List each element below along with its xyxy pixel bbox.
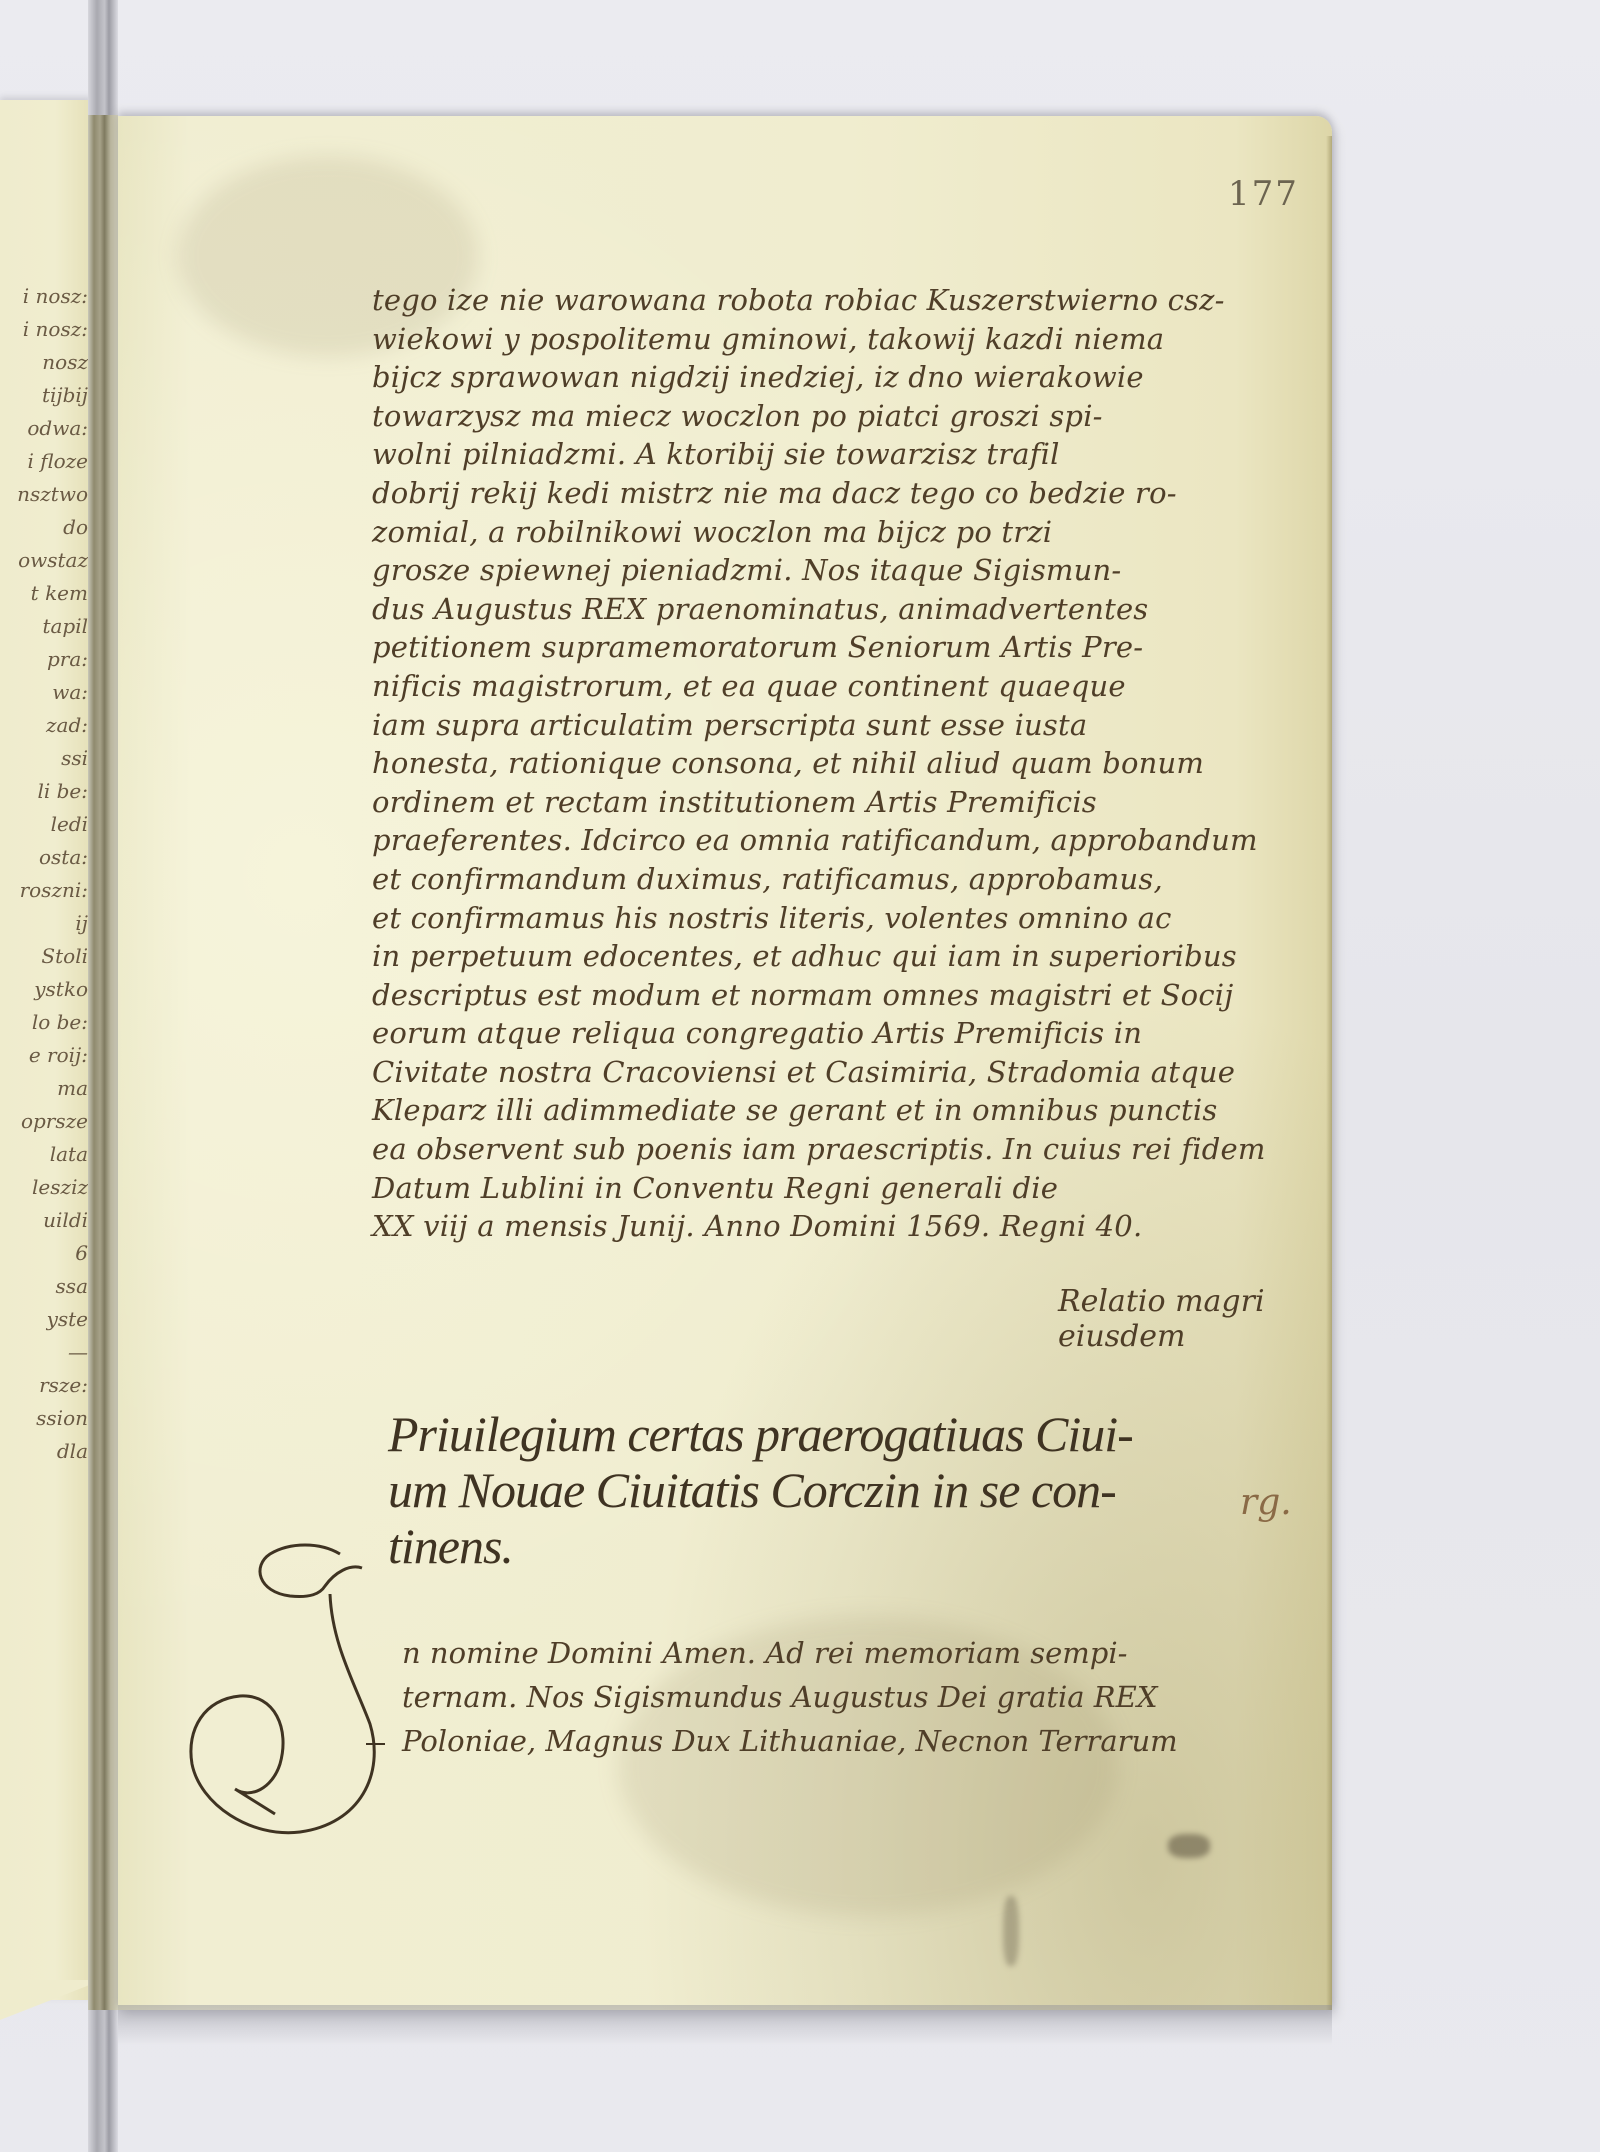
- text-line: in perpetuum edocentes, et adhuc qui iam…: [372, 937, 1332, 976]
- left-fragment: lo be:: [4, 1006, 88, 1039]
- text-line: et confirmamus his nostris literis, vole…: [372, 899, 1332, 938]
- left-fragment: pra:: [4, 643, 88, 676]
- left-fragment: uildi: [4, 1204, 88, 1237]
- left-fragment: dla: [4, 1435, 88, 1468]
- margin-note: rg.: [1240, 1482, 1292, 1523]
- heading-line: um Nouae Ciuitatis Corczin in se con-: [388, 1462, 1248, 1518]
- text-line: praeferentes. Idcirco ea omnia ratifican…: [372, 821, 1332, 860]
- left-fragment: wa:: [4, 676, 88, 709]
- section-heading: Priuilegium certas praerogatiuas Ciui- u…: [388, 1406, 1248, 1574]
- left-fragment: ma: [4, 1072, 88, 1105]
- left-fragment: nsztwo: [4, 478, 88, 511]
- text-line: tego ize nie warowana robota robiac Kusz…: [372, 281, 1332, 320]
- left-fragment: oprsze: [4, 1105, 88, 1138]
- left-fragment: e roij:: [4, 1039, 88, 1072]
- text-line: n nomine Domini Amen. Ad rei memoriam se…: [402, 1631, 1302, 1675]
- left-page-edge: i nosz: i nosz: nosz tijbij odwa: i floz…: [0, 100, 92, 2000]
- left-fragment: tijbij: [4, 379, 88, 412]
- left-fragment: —: [4, 1336, 88, 1369]
- left-fragment: 6: [4, 1237, 88, 1270]
- text-line: wolni pilniadzmi. A ktoribij sie towarzi…: [372, 435, 1332, 474]
- left-fragment: i nosz:: [4, 280, 88, 313]
- text-line: ternam. Nos Sigismundus Augustus Dei gra…: [402, 1675, 1302, 1719]
- text-line: grosze spiewnej pieniadzmi. Nos itaque S…: [372, 551, 1332, 590]
- text-line: et confirmandum duximus, ratificamus, ap…: [372, 860, 1332, 899]
- text-line: ea observent sub poenis iam praescriptis…: [372, 1130, 1332, 1169]
- left-fragment: zad:: [4, 709, 88, 742]
- folio-number: 177: [1228, 174, 1299, 214]
- left-fragment: Stoli: [4, 940, 88, 973]
- opening-text-block: n nomine Domini Amen. Ad rei memoriam se…: [402, 1631, 1302, 1763]
- gutter-bottom-edge: [88, 2010, 118, 2152]
- text-line: Civitate nostra Cracoviensi et Casimiria…: [372, 1053, 1332, 1092]
- left-fragment: t kem: [4, 577, 88, 610]
- left-fragment: ssion: [4, 1402, 88, 1435]
- text-line: nificis magistrorum, et ea quae continen…: [372, 667, 1332, 706]
- left-fragment: li be:: [4, 775, 88, 808]
- left-fragment: i nosz:: [4, 313, 88, 346]
- scribe-signature: Relatio magri eiusdem: [1058, 1284, 1332, 1354]
- heading-line: Priuilegium certas praerogatiuas Ciui-: [388, 1406, 1248, 1462]
- text-line: dobrij rekij kedi mistrz nie ma dacz teg…: [372, 474, 1332, 513]
- book-gutter: [88, 0, 118, 2152]
- left-fragment: ij: [4, 907, 88, 940]
- left-fragment: do: [4, 511, 88, 544]
- text-line: ordinem et rectam institutionem Artis Pr…: [372, 783, 1332, 822]
- text-line: iam supra articulatim perscripta sunt es…: [372, 706, 1332, 745]
- ink-stain: [1003, 1896, 1019, 1966]
- left-fragment: i floze: [4, 445, 88, 478]
- text-line: Datum Lublini in Conventu Regni generali…: [372, 1169, 1332, 1208]
- left-fragment: rsze:: [4, 1369, 88, 1402]
- left-fragment: yste: [4, 1303, 88, 1336]
- left-fragment: nosz: [4, 346, 88, 379]
- body-text-block: tego ize nie warowana robota robiac Kusz…: [372, 281, 1332, 1246]
- left-fragment: tapil: [4, 610, 88, 643]
- ink-stain: [1168, 1834, 1210, 1858]
- left-page-text-fragments: i nosz: i nosz: nosz tijbij odwa: i floz…: [4, 280, 88, 1468]
- text-line: honesta, rationique consona, et nihil al…: [372, 744, 1332, 783]
- heading-line: tinens.: [388, 1518, 1248, 1574]
- left-fragment: lesziz: [4, 1171, 88, 1204]
- text-line: Kleparz illi adimmediate se gerant et in…: [372, 1091, 1332, 1130]
- text-line: XX viij a mensis Junij. Anno Domini 1569…: [372, 1207, 1332, 1246]
- left-fragment: lata: [4, 1138, 88, 1171]
- left-fragment: ssa: [4, 1270, 88, 1303]
- text-line: descriptus est modum et normam omnes mag…: [372, 976, 1332, 1015]
- manuscript-page: 177 tego ize nie warowana robota robiac …: [118, 116, 1332, 2010]
- text-line: towarzysz ma miecz woczlon po piatci gro…: [372, 397, 1332, 436]
- text-line: Poloniae, Magnus Dux Lithuaniae, Necnon …: [402, 1719, 1302, 1763]
- left-fragment: osta:: [4, 841, 88, 874]
- text-line: wiekowi y pospolitemu gminowi, takowij k…: [372, 320, 1332, 359]
- text-line: dus Augustus REX praenominatus, animadve…: [372, 590, 1332, 629]
- text-line: petitionem supramemoratorum Seniorum Art…: [372, 628, 1332, 667]
- left-fragment: owstaz: [4, 544, 88, 577]
- decorated-initial-icon: [180, 1534, 410, 1844]
- page-bottom-shadow: [118, 2005, 1332, 2045]
- text-line: bijcz sprawowan nigdzij inedziej, iz dno…: [372, 358, 1332, 397]
- gutter-top-edge: [88, 0, 118, 115]
- text-line: zomial, a robilnikowi woczlon ma bijcz p…: [372, 513, 1332, 552]
- left-fragment: ystko: [4, 973, 88, 1006]
- left-fragment: ledi: [4, 808, 88, 841]
- left-fragment: ssi: [4, 742, 88, 775]
- left-fragment: odwa:: [4, 412, 88, 445]
- text-line: eorum atque reliqua congregatio Artis Pr…: [372, 1014, 1332, 1053]
- left-fragment: roszni:: [4, 874, 88, 907]
